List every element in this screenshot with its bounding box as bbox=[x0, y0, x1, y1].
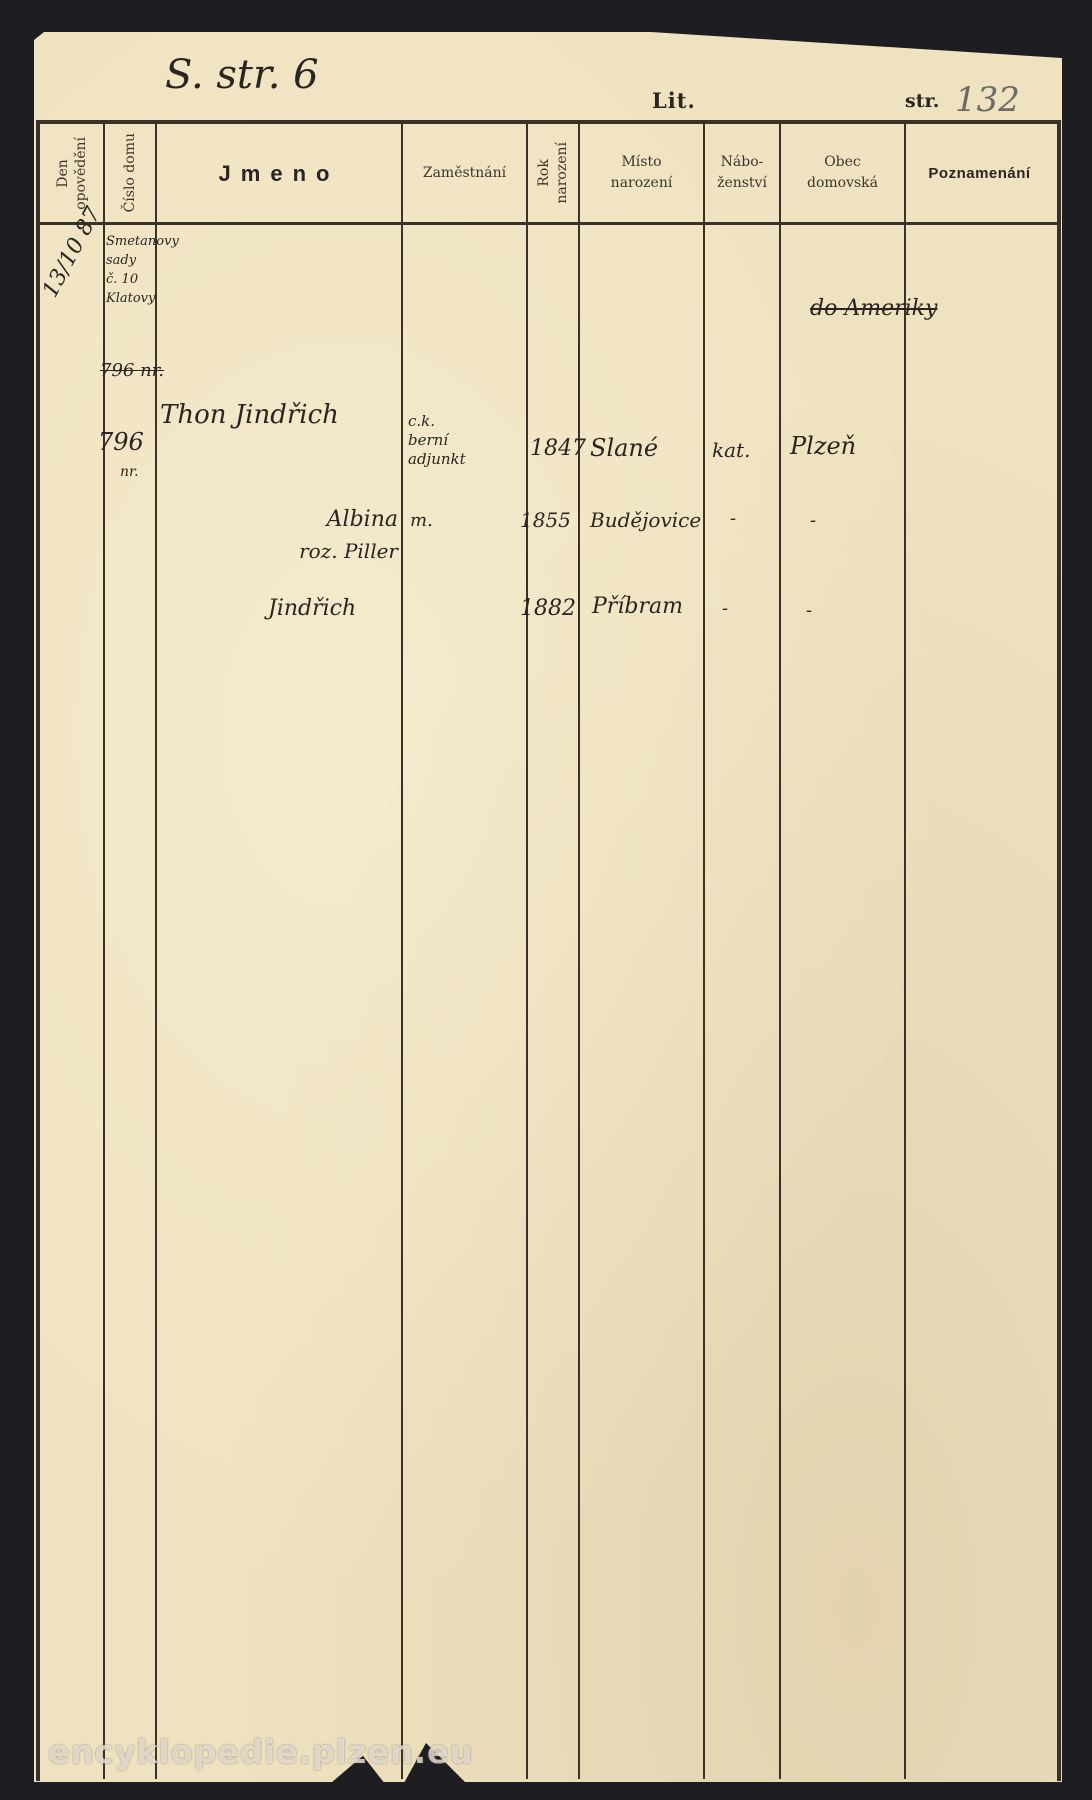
header-poznamenani-text: Poznamenání bbox=[928, 163, 1030, 184]
row1-occupation-line: adjunkt bbox=[408, 450, 466, 469]
house-number-crossed: 796 nr. bbox=[100, 360, 164, 381]
header-zamestnani: Zaměstnání bbox=[403, 124, 526, 222]
column-divider bbox=[401, 124, 403, 1779]
header-nabo-line1: Nábo- bbox=[721, 152, 764, 173]
house-address: Smetanovy sady č. 10 Klatovy bbox=[106, 232, 156, 308]
row2-birth-year: 1855 bbox=[520, 508, 571, 532]
header-zamestnani-text: Zaměstnání bbox=[423, 163, 506, 184]
row2-domicile: - bbox=[810, 510, 816, 531]
house-address-line: Smetanovy bbox=[106, 232, 156, 251]
header-misto-line1: Místo bbox=[621, 152, 661, 173]
lit-label: Lit. bbox=[652, 88, 696, 113]
row3-religion: - bbox=[722, 598, 728, 619]
row2-religion: - bbox=[730, 508, 736, 529]
row2-name-line: roz. Piller bbox=[258, 536, 398, 566]
row3-birthplace: Příbram bbox=[592, 594, 683, 619]
header-den-line2: opovědění bbox=[72, 137, 90, 210]
header-obec-domovska: Obec domovská bbox=[781, 124, 904, 222]
header-obec-line1: Obec bbox=[824, 152, 861, 173]
row1-occupation-line: berní bbox=[408, 431, 466, 450]
header-nabo-line2: ženství bbox=[717, 173, 767, 194]
house-number: 796 bbox=[98, 428, 144, 456]
top-note: S. str. 6 bbox=[165, 52, 319, 98]
column-divider bbox=[703, 124, 705, 1779]
house-address-line: Klatovy bbox=[106, 289, 156, 308]
house-suffix: nr. bbox=[120, 464, 139, 480]
header-rok-line1: Rok bbox=[535, 142, 553, 204]
page-label: str. bbox=[905, 90, 939, 112]
header-jmeno-text: Jmeno bbox=[219, 163, 340, 184]
header-poznamenani: Poznamenání bbox=[906, 124, 1053, 222]
row2-occupation: m. bbox=[410, 510, 433, 531]
row1-birthplace: Slané bbox=[590, 434, 658, 462]
page-number: 132 bbox=[955, 80, 1020, 120]
row2-birthplace: Budějovice bbox=[590, 508, 701, 532]
row1-birth-year: 1847 bbox=[530, 436, 586, 461]
header-misto-line2: narození bbox=[611, 173, 673, 194]
header-misto-narozeni: Místo narození bbox=[580, 124, 703, 222]
row3-domicile: - bbox=[806, 600, 812, 621]
watermark: encyklopedie.plzen.eu bbox=[48, 1733, 474, 1771]
row1-domicile: Plzeň bbox=[790, 432, 856, 460]
column-divider bbox=[526, 124, 528, 1779]
register-table bbox=[36, 120, 1061, 1781]
remark-crossed: do Ameriky bbox=[810, 296, 937, 321]
house-address-line: sady bbox=[106, 251, 156, 270]
row3-name: Jindřich bbox=[268, 596, 356, 621]
header-nabozenstvi: Nábo- ženství bbox=[705, 124, 779, 222]
row1-occupation: c.k. berní adjunkt bbox=[408, 412, 466, 469]
header-obec-line2: domovská bbox=[807, 173, 878, 194]
header-jmeno: Jmeno bbox=[157, 124, 401, 222]
column-divider bbox=[578, 124, 580, 1779]
row2-name: Albina roz. Piller bbox=[258, 504, 398, 566]
header-cislo-text: Číslo domu bbox=[121, 133, 139, 212]
header-cislo-domu: Číslo domu bbox=[105, 124, 155, 222]
house-address-line: č. 10 bbox=[106, 270, 156, 289]
row3-birth-year: 1882 bbox=[520, 596, 576, 621]
header-rok-narozeni: Rok narození bbox=[528, 124, 578, 222]
header-den-line1: Den bbox=[54, 137, 72, 210]
column-divider bbox=[904, 124, 906, 1779]
row1-occupation-line: c.k. bbox=[408, 412, 466, 431]
column-divider bbox=[779, 124, 781, 1779]
header-rok-line2: narození bbox=[553, 142, 571, 204]
row2-name-line: Albina bbox=[258, 504, 398, 536]
row1-name: Thon Jindřich bbox=[160, 400, 339, 430]
row1-religion: kat. bbox=[712, 438, 750, 462]
